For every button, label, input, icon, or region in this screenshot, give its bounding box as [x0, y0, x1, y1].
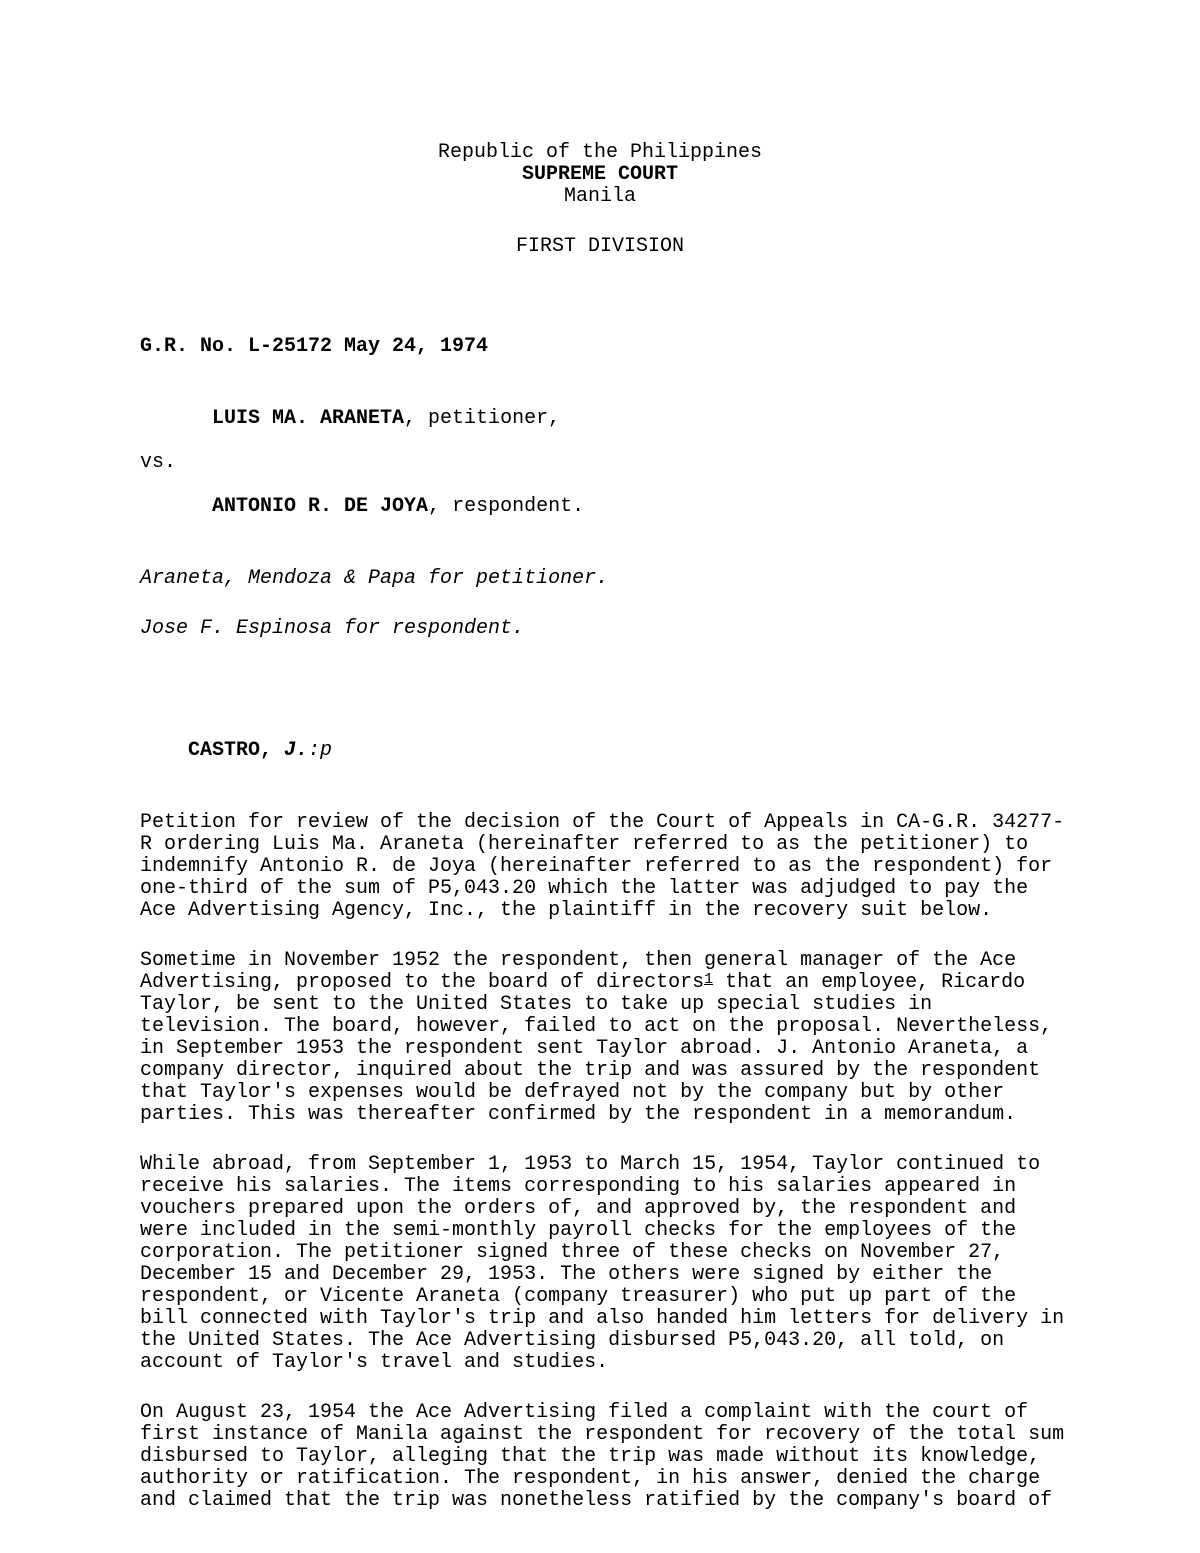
court-decision-page: Republic of the Philippines SUPREME COUR…	[0, 0, 1200, 1553]
parties-block: LUIS MA. ARANETA, petitioner, vs. ANTONI…	[140, 386, 1060, 540]
petitioner-counsel-line: Araneta, Mendoza & Papa for petitioner.	[140, 568, 1060, 590]
ponente-p-marker: :p	[308, 739, 332, 762]
ponente-j-designation: J.	[272, 739, 308, 762]
petitioner-name: LUIS MA. ARANETA	[212, 407, 404, 430]
petitioner-line: LUIS MA. ARANETA, petitioner,	[140, 386, 1060, 452]
header-manila: Manila	[140, 186, 1060, 208]
gr-number-line: G.R. No. L-25172 May 24, 1974	[140, 336, 1060, 358]
header-supreme-court: SUPREME COURT	[140, 164, 1060, 186]
paragraph-salaries-checks: While abroad, from September 1, 1953 to …	[140, 1154, 1060, 1374]
ponente-line: CASTRO, J.:p	[140, 718, 1060, 784]
respondent-name: ANTONIO R. DE JOYA	[212, 495, 428, 518]
ponente-name: CASTRO,	[188, 739, 272, 762]
paragraph-taylor-proposal: Sometime in November 1952 the respondent…	[140, 950, 1060, 1126]
paragraph-taylor-proposal-text-b: that an employee, Ricardo Taylor, be sen…	[140, 971, 1052, 1126]
respondent-line: ANTONIO R. DE JOYA, respondent.	[140, 474, 1060, 540]
header-republic: Republic of the Philippines	[140, 142, 1060, 164]
paragraph-petition-review: Petition for review of the decision of t…	[140, 812, 1060, 922]
respondent-counsel-line: Jose F. Espinosa for respondent.	[140, 618, 1060, 640]
versus-line: vs.	[140, 452, 1060, 474]
footnote-ref-1[interactable]: 1	[704, 971, 713, 988]
paragraph-complaint-filed: On August 23, 1954 the Ace Advertising f…	[140, 1402, 1060, 1512]
respondent-role: , respondent.	[428, 495, 584, 518]
petitioner-role: , petitioner,	[404, 407, 560, 430]
header-division: FIRST DIVISION	[140, 236, 1060, 258]
